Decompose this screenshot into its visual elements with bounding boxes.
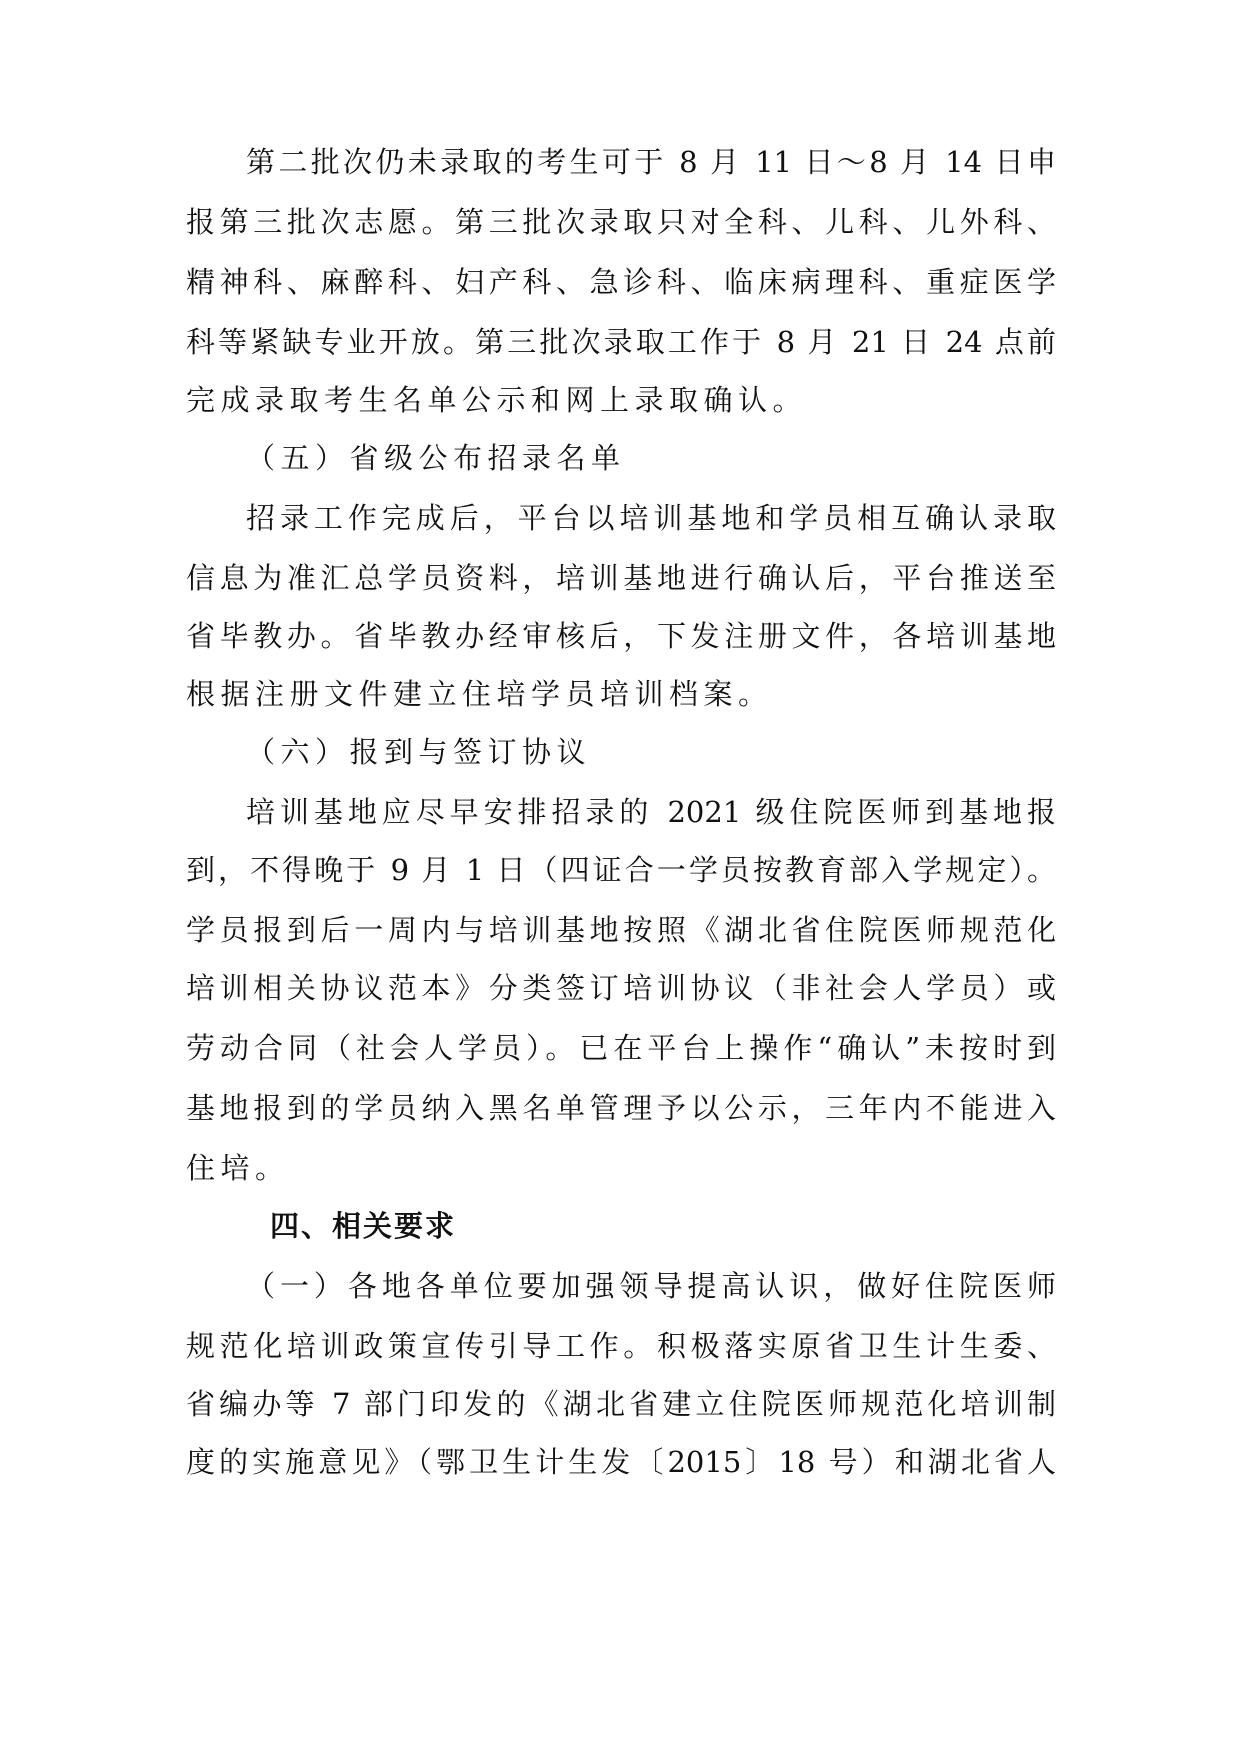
paragraph-line: 第二批次仍未录取的考生可于 8 月 11 日～8 月 14 日申 bbox=[246, 142, 1056, 182]
paragraph-line: 报第三批次志愿。第三批次录取只对全科、儿科、儿外科、 bbox=[186, 202, 1056, 242]
paragraph-line: 完成录取考生名单公示和网上录取确认。 bbox=[186, 380, 1056, 420]
section-heading: 四、相关要求 bbox=[270, 1206, 1140, 1246]
paragraph-line: 住培。 bbox=[186, 1148, 1056, 1188]
subsection-heading: （五）省级公布招录名单 bbox=[246, 438, 1116, 478]
paragraph-line: 学员报到后一周内与培训基地按照《湖北省住院医师规范化 bbox=[186, 910, 1056, 950]
paragraph-line: （一）各地各单位要加强领导提高认识，做好住院医师 bbox=[246, 1266, 1056, 1306]
paragraph-line: 精神科、麻醉科、妇产科、急诊科、临床病理科、重症医学 bbox=[186, 262, 1056, 302]
paragraph-line: 劳动合同（社会人学员）。已在平台上操作“确认”未按时到 bbox=[186, 1028, 1056, 1068]
paragraph-line: 省毕教办。省毕教办经审核后，下发注册文件，各培训基地 bbox=[186, 616, 1056, 656]
paragraph-line: 培训基地应尽早安排招录的 2021 级住院医师到基地报 bbox=[246, 792, 1056, 832]
paragraph-line: 招录工作完成后，平台以培训基地和学员相互确认录取 bbox=[246, 498, 1056, 538]
paragraph-line: 度的实施意见》（鄂卫生计生发〔2015〕18 号）和湖北省人 bbox=[186, 1442, 1056, 1482]
paragraph-line: 信息为准汇总学员资料，培训基地进行确认后，平台推送至 bbox=[186, 558, 1056, 598]
subsection-heading: （六）报到与签订协议 bbox=[246, 732, 1116, 772]
paragraph-line: 省编办等 7 部门印发的《湖北省建立住院医师规范化培训制 bbox=[186, 1384, 1056, 1424]
paragraph-line: 培训相关协议范本》分类签订培训协议（非社会人学员）或 bbox=[186, 968, 1056, 1008]
document-page: 第二批次仍未录取的考生可于 8 月 11 日～8 月 14 日申 报第三批次志愿… bbox=[0, 0, 1241, 1755]
paragraph-line: 到，不得晚于 9 月 1 日（四证合一学员按教育部入学规定）。 bbox=[186, 850, 1056, 890]
paragraph-line: 规范化培训政策宣传引导工作。积极落实原省卫生计生委、 bbox=[186, 1326, 1056, 1366]
paragraph-line: 根据注册文件建立住培学员培训档案。 bbox=[186, 674, 1056, 714]
paragraph-line: 基地报到的学员纳入黑名单管理予以公示，三年内不能进入 bbox=[186, 1088, 1056, 1128]
paragraph-line: 科等紧缺专业开放。第三批次录取工作于 8 月 21 日 24 点前 bbox=[186, 322, 1056, 362]
